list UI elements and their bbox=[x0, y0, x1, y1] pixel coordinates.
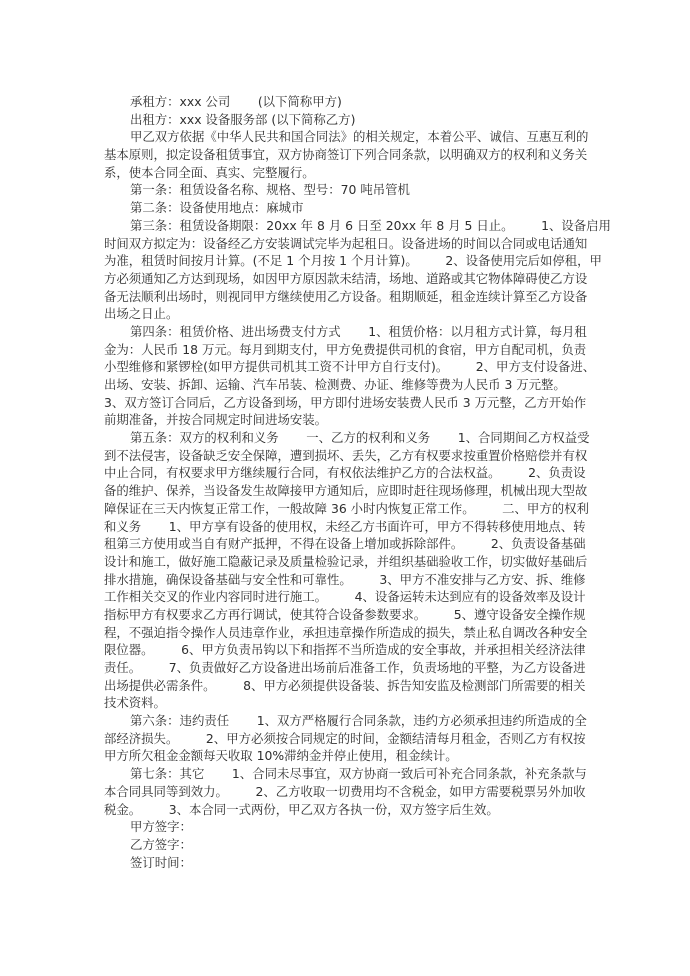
article-5-line: 工作相关交叉的作业内容同时进行施工。 4、设备运转未达到应有的设备效率及设计 bbox=[104, 588, 588, 606]
article-4-line: 3、双方签订合同后，乙方设备到场，甲方即付进场安装费人民币 3 万元整，乙方开始… bbox=[104, 394, 588, 412]
article-6: 第六条：违约责任 1、双方严格履行合同条款，违约方必须承担违约所造成的全 部经济… bbox=[104, 712, 588, 765]
signing-date-label: 签订时间： bbox=[104, 854, 588, 872]
article-6-line: 部经济损失。 2、甲方必须按合同规定的时间，金额结清每月租金，否则乙方有权按 bbox=[104, 730, 588, 748]
article-4-line: 前期准备，并按合同规定时间进场安装。 bbox=[104, 411, 588, 429]
article-5-line: 指标甲方有权要求乙方再行调试，使其符合设备参数要求。 5、遵守设备安全操作规 bbox=[104, 606, 588, 624]
article-7: 第七条：其它 1、合同未尽事宜，双方协商一致后可补充合同条款，补充条款与 本合同… bbox=[104, 765, 588, 818]
article-5-line: 和义务 1、甲方享有设备的使用权，未经乙方书面许可，甲方不得转移使用地点、转 bbox=[104, 518, 588, 536]
article-5-line: 程，不强迫指令操作人员违章作业，承担违章操作所造成的损失，禁止私自调改各种安全 bbox=[104, 624, 588, 642]
article-5-line: 备的维护、保养，当设备发生故障接甲方通知后，应即时赶往现场修理，机械出现大型故 bbox=[104, 482, 588, 500]
article-3-line: 第三条：租赁设备期限：20xx 年 8 月 6 日至 20xx 年 8 月 5 … bbox=[104, 217, 588, 235]
article-5-line: 限位器。 6、甲方负责吊钩以下和指挥不当所造成的安全事故，并承担相关经济法律 bbox=[104, 641, 588, 659]
party-b-signature-label: 乙方签字： bbox=[104, 836, 588, 854]
article-4-line: 金为：人民币 18 万元。每月到期支付，甲方免费提供司机的食宿，甲方自配司机，负… bbox=[104, 341, 588, 359]
article-3-line: 方必须通知乙方达到现场，如因甲方原因款未结清，场地、道路或其它物体障碍使乙方设 bbox=[104, 270, 588, 288]
article-6-line: 第六条：违约责任 1、双方严格履行合同条款，违约方必须承担违约所造成的全 bbox=[104, 712, 588, 730]
party-a-signature-label: 甲方签字： bbox=[104, 818, 588, 836]
article-5-line: 排水措施，确保设备基础与安全性和可靠性。 3、甲方不准安排与乙方安、拆、维修 bbox=[104, 571, 588, 589]
preamble-line: 基本原则，拟定设备租赁事宜，双方协商签订下列合同条款，以明确双方的权利和义务关 bbox=[104, 146, 588, 164]
article-3: 第三条：租赁设备期限：20xx 年 8 月 6 日至 20xx 年 8 月 5 … bbox=[104, 217, 588, 323]
preamble-line: 系，使本合同全面、真实、完整履行。 bbox=[104, 164, 588, 182]
article-4-line: 第四条：租赁价格、进出场费支付方式 1、租赁价格：以月租方式计算，每月租 bbox=[104, 323, 588, 341]
article-5-line: 出场提供必需条件。 8、甲方必须提供设备装、拆告知安监及检测部门所需要的相关 bbox=[104, 677, 588, 695]
article-2: 第二条：设备使用地点：麻城市 bbox=[104, 199, 588, 217]
article-5-line: 障保证在三天内恢复正常工作，一般故障 36 小时内恢复正常工作。 二、甲方的权利 bbox=[104, 500, 588, 518]
article-4-line: 小型维修和紧锣栓(如甲方提供司机其工资不计甲方自行支付)。 2、甲方支付设备进、 bbox=[104, 358, 588, 376]
article-5-line: 到不法侵害，设备缺乏安全保障，遭到损坏、丢失，乙方有权要求按重置价格赔偿并有权 bbox=[104, 447, 588, 465]
article-4-line: 出场、安装、拆卸、运输、汽车吊装、检测费、办证、维修等费为人民币 3 万元整。 bbox=[104, 376, 588, 394]
article-5-line: 中止合同，有权要求甲方继续履行合同，有权依法维护乙方的合法权益。 2、负责设 bbox=[104, 464, 588, 482]
article-5-line: 租第三方使用或当自有财产抵押，不得在设备上增加或拆除部件。 2、负责设备基础 bbox=[104, 535, 588, 553]
article-7-line: 第七条：其它 1、合同未尽事宜，双方协商一致后可补充合同条款，补充条款与 bbox=[104, 765, 588, 783]
article-5-line: 第五条：双方的权利和义务 一、乙方的权利和义务 1、合同期间乙方权益受 bbox=[104, 429, 588, 447]
article-7-line: 本合同具同等到效力。 2、乙方收取一切费用均不含税金，如甲方需要税票另外加收 bbox=[104, 783, 588, 801]
article-5-line: 设计和施工，做好施工隐蔽记录及质量检验记录，并组织基础验收工作，切实做好基础后 bbox=[104, 553, 588, 571]
lessor-line: 出租方：xxx 设备服务部 (以下简称乙方) bbox=[104, 111, 588, 129]
article-5: 第五条：双方的权利和义务 一、乙方的权利和义务 1、合同期间乙方权益受 到不法侵… bbox=[104, 429, 588, 712]
article-6-line: 甲方所欠租金金额每天收取 10%滞纳金并停止使用，租金续计。 bbox=[104, 747, 588, 765]
preamble-line: 甲乙双方依据《中华人民共和国合同法》的相关规定，本着公平、诚信、互惠互利的 bbox=[104, 128, 588, 146]
contract-document: 承租方：xxx 公司 (以下简称甲方) 出租方：xxx 设备服务部 (以下简称乙… bbox=[104, 93, 588, 871]
article-1: 第一条：租赁设备名称、规格、型号：70 吨吊管机 bbox=[104, 181, 588, 199]
article-7-line: 税金。 3、本合同一式两份，甲乙双方各执一份，双方签字后生效。 bbox=[104, 801, 588, 819]
article-3-line: 为准，租赁时间按月计算。(不足 1 个月按 1 个月计算)。 2、设备使用完后如… bbox=[104, 252, 588, 270]
lessee-line: 承租方：xxx 公司 (以下简称甲方) bbox=[104, 93, 588, 111]
article-3-line: 出场之日止。 bbox=[104, 305, 588, 323]
article-3-line: 时间双方拟定为：设备经乙方安装调试完毕为起租日。设备进场的时间以合同或电话通知 bbox=[104, 235, 588, 253]
signature-block: 甲方签字： 乙方签字： 签订时间： bbox=[104, 818, 588, 871]
article-2-line: 第二条：设备使用地点：麻城市 bbox=[104, 199, 588, 217]
preamble-paragraph: 甲乙双方依据《中华人民共和国合同法》的相关规定，本着公平、诚信、互惠互利的 基本… bbox=[104, 128, 588, 181]
article-5-line: 责任。 7、负责做好乙方设备进出场前后准备工作，负责场地的平整，为乙方设备进 bbox=[104, 659, 588, 677]
article-1-line: 第一条：租赁设备名称、规格、型号：70 吨吊管机 bbox=[104, 181, 588, 199]
article-3-line: 备无法顺利出场时，则视同甲方继续使用乙方设备。租期顺延，租金连续计算至乙方设备 bbox=[104, 288, 588, 306]
article-4: 第四条：租赁价格、进出场费支付方式 1、租赁价格：以月租方式计算，每月租 金为：… bbox=[104, 323, 588, 429]
article-5-line: 技术资料。 bbox=[104, 694, 588, 712]
